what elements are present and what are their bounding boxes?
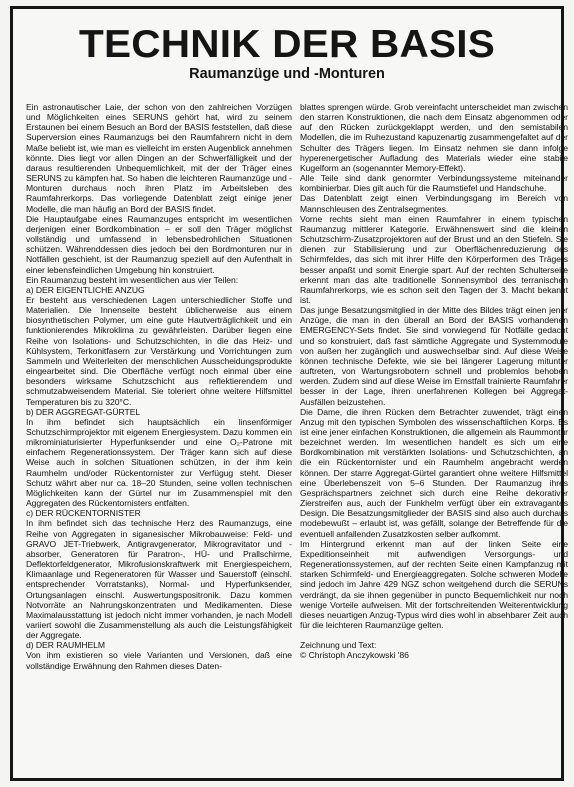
crew-member-paragraph: Das junge Besatzungsmitglied in der Mitt… <box>300 305 568 407</box>
section-c-text: In ihm befindet sich das technische Herz… <box>26 518 292 640</box>
right-column: blattes sprengen würde. Grob vereinfacht… <box>300 102 568 660</box>
section-a-text: Er besteht aus verschiedenen Lagen unter… <box>26 295 292 407</box>
background-paragraph: Im Hintergrund erkennt man auf der linke… <box>300 539 568 630</box>
front-right-paragraph: Vorne rechts sieht man einen Raumfahrer … <box>300 214 568 305</box>
datasheet-scene-paragraph: Das Datenblatt zeigt einen Verbindungsga… <box>300 193 568 213</box>
page-title: TECHNIK DER BASIS <box>2 25 572 65</box>
section-a-heading: a) DER EIGENTLICHE ANZUG <box>26 285 292 295</box>
section-b-heading: b) DER AGGREGAT-GÜRTEL <box>26 407 292 417</box>
section-d-heading: d) DER RAUMHELM <box>26 640 292 650</box>
purpose-paragraph: Die Hauptaufgabe eines Raumanzuges entsp… <box>26 214 292 275</box>
intro-paragraph: Ein astronautischer Laie, der schon von … <box>26 102 292 214</box>
helmet-continued-paragraph: blattes sprengen würde. Grob vereinfacht… <box>300 102 568 173</box>
left-column: Ein astronautischer Laie, der schon von … <box>26 102 292 671</box>
section-c-heading: c) DER RÜCKENTORNISTER <box>26 508 292 518</box>
section-d-text: Von ihm existieren so viele Varianten un… <box>26 650 292 670</box>
compatibility-paragraph: Alle Teile sind dank genormter Verbindun… <box>300 173 568 193</box>
credit-label: Zeichnung und Text: <box>300 640 568 650</box>
datasheet-frame: TECHNIK DER BASIS Raumanzüge und -Montur… <box>10 6 564 781</box>
credit-author: © Christoph Anczykowski '86 <box>300 650 568 660</box>
lady-paragraph: Die Dame, die ihren Rücken dem Betrachte… <box>300 407 568 539</box>
parts-intro: Ein Raumanzug besteht im wesentlichen au… <box>26 275 292 285</box>
section-b-text: In ihm befindet sich hauptsächlich ein l… <box>26 417 292 508</box>
page-subtitle: Raumanzüge und -Monturen <box>13 65 561 83</box>
